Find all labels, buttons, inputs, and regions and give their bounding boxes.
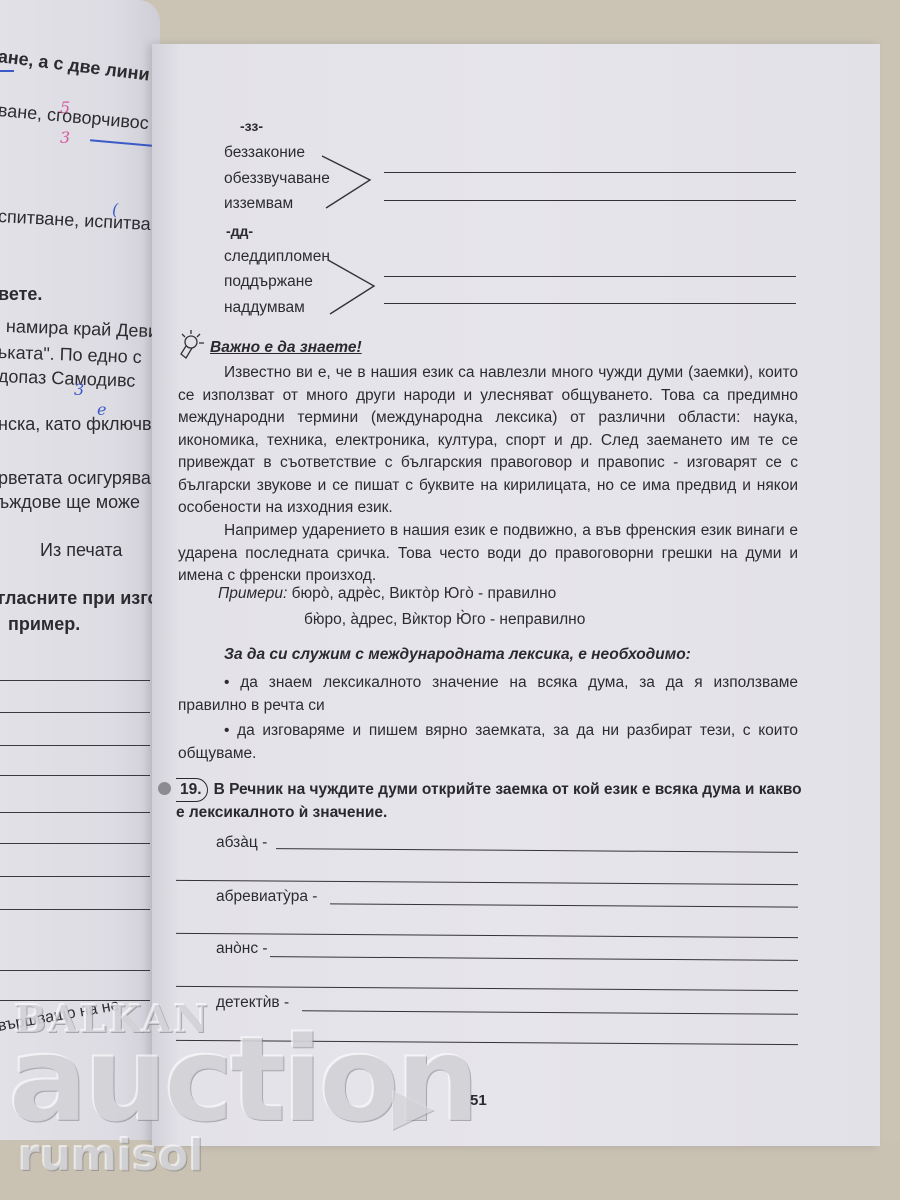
tip-paragraph: Например ударението в нашия език е подви… <box>178 520 798 588</box>
requirement-bullet-text: • да знаем лексикалното значение на всяк… <box>178 674 798 714</box>
answer-line[interactable] <box>384 276 796 277</box>
answer-line[interactable] <box>384 303 796 304</box>
dictionary-word: абзàц - <box>216 834 267 852</box>
watermark-play-icon <box>392 1090 434 1130</box>
examples-label: Примери: <box>218 585 287 602</box>
exercise-word: поддържане <box>224 273 313 291</box>
requirement-bullet-text: • да изговаряме и пишем вярно заемката, … <box>178 722 798 762</box>
left-page-line: ьката". По едно с <box>0 342 142 368</box>
answer-line[interactable] <box>384 172 796 173</box>
answer-line[interactable] <box>384 200 796 201</box>
writing-line <box>0 775 150 776</box>
writing-line <box>0 745 150 746</box>
tip-paragraph-text: Например ударението в нашия език е подви… <box>178 522 798 584</box>
bracket-arrow-icon <box>324 256 384 316</box>
writing-line <box>0 712 150 713</box>
writing-line <box>0 909 150 910</box>
left-page-line: Из печата <box>40 540 122 561</box>
examples-correct-text: бюрò, адрèс, Виктòр Югò - правилно <box>292 585 557 602</box>
watermark-rumisol: rumisol <box>18 1130 203 1181</box>
answer-line[interactable] <box>276 848 798 853</box>
answer-line[interactable] <box>176 880 798 885</box>
task-number-badge: 19. <box>176 778 208 802</box>
task-number: 19. <box>180 781 202 798</box>
requirement-bullet: • да знаем лексикалното значение на всяк… <box>178 672 798 717</box>
handwritten-mark: 5 <box>60 98 70 117</box>
writing-line <box>0 843 150 844</box>
syllable-label: -дд- <box>226 223 253 239</box>
answer-line[interactable] <box>176 986 798 991</box>
handwritten-mark: ( <box>112 200 118 219</box>
left-page-line: допаз Самодивс <box>0 366 136 392</box>
tip-paragraph-text: Известно ви е, че в нашия език са навлез… <box>178 364 798 516</box>
answer-line[interactable] <box>330 903 798 907</box>
dictionary-word: анòнс - <box>216 940 268 958</box>
exercise-word: изземвам <box>224 195 293 213</box>
examples-incorrect: бю̀ро, а̀дрес, Вѝктор Ю̀го - неправилно <box>304 611 585 629</box>
writing-line <box>0 680 150 681</box>
bracket-arrow-icon <box>312 152 382 212</box>
examples-correct: Примери: бюрò, адрèс, Виктòр Югò - прави… <box>218 585 556 603</box>
exercise-word: беззаконие <box>224 144 305 162</box>
left-page-line: намира край Деви <box>6 316 159 342</box>
left-page-line: рветата осигурява <box>0 468 151 489</box>
writing-line <box>0 876 150 877</box>
task-19: 19.В Речник на чуждите думи открийте зае… <box>176 778 802 824</box>
tip-paragraph: Известно ви е, че в нашия език са навлез… <box>178 362 798 520</box>
task-dot-icon <box>158 782 171 795</box>
writing-line <box>0 812 150 813</box>
handwritten-mark: 3 <box>60 128 70 147</box>
handwritten-underline <box>90 139 152 146</box>
handwritten-underline <box>0 70 14 72</box>
dictionary-word: абревиатỳра - <box>216 888 317 906</box>
syllable-label: -зз- <box>240 118 263 134</box>
left-page-line: ане, а с две лини <box>0 46 151 85</box>
left-page: ане, а с две лини ване, сговорчивос спит… <box>0 0 160 1140</box>
left-page-line: спитване, испитва <box>0 206 151 235</box>
exercise-word: следдипломен <box>224 248 330 266</box>
requirement-bullet: • да изговаряме и пишем вярно заемката, … <box>178 720 798 765</box>
handwritten-mark: 3 <box>74 380 84 399</box>
handwritten-mark: е <box>97 400 106 419</box>
left-page-line: пример. <box>8 614 80 635</box>
tip-title: Важно е да знаете! <box>210 339 362 357</box>
writing-line <box>0 970 150 971</box>
left-page-line: гласните при изго <box>0 588 158 609</box>
requirements-heading: За да си служим с международната лексика… <box>224 646 691 664</box>
answer-line[interactable] <box>270 956 798 961</box>
task-text: В Речник на чуждите думи открийте заемка… <box>176 781 802 821</box>
left-page-line: ване, сговорчивос <box>0 100 150 134</box>
right-page: -зз- беззаконие обеззвучаване изземвам -… <box>152 44 880 1146</box>
lightbulb-icon <box>174 328 208 362</box>
left-page-line: ъждове ще може <box>0 492 140 513</box>
left-page-line: нска, като фключв <box>0 414 152 435</box>
answer-line[interactable] <box>176 933 798 938</box>
exercise-word: наддумвам <box>224 299 305 317</box>
left-page-line: вете. <box>0 284 42 305</box>
